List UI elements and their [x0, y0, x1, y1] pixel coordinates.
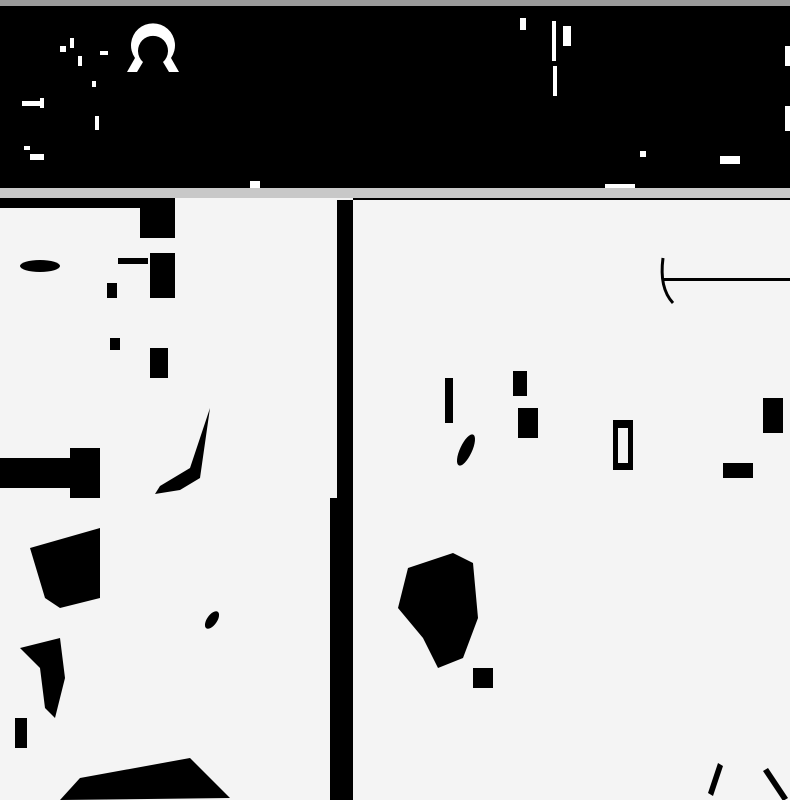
eye-shape [20, 260, 60, 272]
omega-shape [127, 23, 179, 72]
right-panel-shapes [353, 198, 790, 800]
figure-shape [613, 420, 633, 470]
left-photo-panel [0, 198, 337, 800]
caption-noise-strip [0, 188, 790, 198]
right-photo-panel [353, 198, 790, 800]
top-black-band [0, 6, 790, 194]
top-band-speckles [0, 6, 790, 194]
dark-blob [398, 553, 478, 668]
left-panel-shapes [0, 198, 337, 800]
chin-curve [155, 408, 210, 494]
panel-divider [337, 200, 353, 800]
